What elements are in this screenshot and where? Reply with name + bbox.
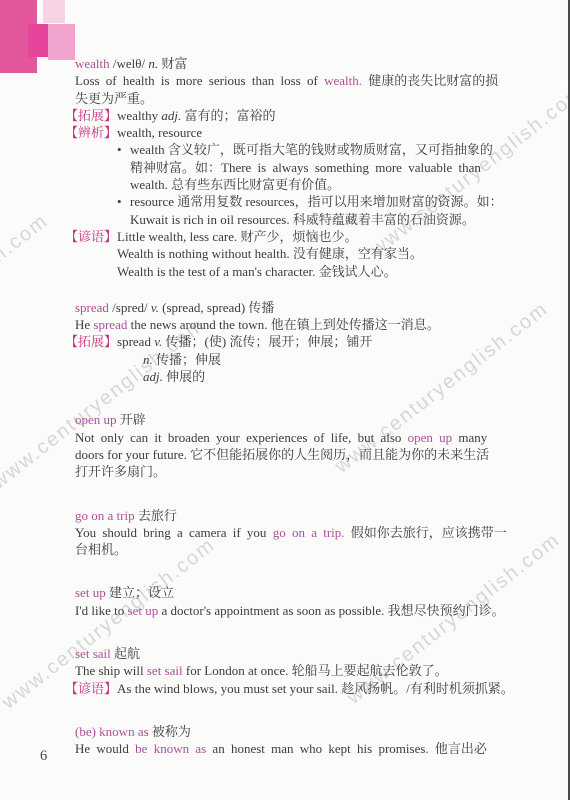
vocabulary-entries: wealth /welθ/ n. 财富Loss of health is mor…: [75, 55, 521, 758]
text-segment: 传播；(使) 流传；展开；伸展；铺开: [162, 334, 372, 349]
label-tag: 【辨析】: [65, 125, 117, 140]
text-line: 【谚语】As the wind blows, you must set your…: [75, 680, 521, 697]
text-segment: n.: [148, 56, 158, 71]
text-segment: 被称为: [149, 724, 191, 739]
text-line: Loss of health is more serious than loss…: [75, 72, 521, 89]
text-line: He spread the news around the town. 他在镇上…: [75, 316, 521, 333]
text-segment: a doctor's appointment as soon as possib…: [158, 603, 504, 618]
text-line: doors for your future. 它不但能拓展你的人生阅历，而且能为…: [75, 446, 521, 463]
text-segment: 富有的；富裕的: [181, 108, 275, 123]
text-line: 【辨析】wealth, resource: [75, 124, 521, 141]
text-line: 失更为严重。: [75, 90, 521, 107]
text-segment: an honest man who kept his promises. 他言出…: [206, 741, 487, 756]
text-segment: I'd like to: [75, 603, 128, 618]
deco-square-light: [48, 24, 75, 60]
text-segment: 财富: [158, 56, 187, 71]
text-segment: He: [75, 317, 93, 332]
text-segment: The ship will: [75, 663, 147, 678]
text-line: adj. 伸展的: [75, 368, 521, 385]
text-segment: Kuwait is rich in oil resources. 科威特蕴藏着丰…: [130, 212, 475, 227]
text-line: set sail 起航: [75, 645, 521, 662]
text-segment: adj.: [143, 369, 163, 384]
text-line: wealth. 总有些东西比财富更有价值。: [75, 176, 521, 193]
label-tag: 【谚语】: [65, 681, 117, 696]
text-segment: You should bring a camera if you: [75, 525, 273, 540]
text-segment: Not only can it broaden your experiences…: [75, 430, 408, 445]
text-segment: /spred/: [109, 300, 151, 315]
highlighted-word: go on a trip.: [273, 525, 345, 540]
text-segment: wealthy: [117, 108, 161, 123]
text-segment: 建立；设立: [106, 585, 174, 600]
highlighted-word: open up: [408, 430, 453, 445]
text-segment: Little wealth, less care. 财产少，烦恼也少。: [117, 229, 357, 244]
text-line: 精神财富。如：There is always something more va…: [75, 159, 521, 176]
text-line: 【拓展】spread v. 传播；(使) 流传；展开；伸展；铺开: [75, 333, 521, 350]
text-segment: Wealth is the test of a man's character.…: [117, 264, 397, 279]
textbook-page: www.centuryenglish.com www.centuryenglis…: [0, 0, 570, 800]
text-segment: many: [452, 430, 487, 445]
watermark: www.centuryenglish.com: [0, 210, 53, 391]
text-line: The ship will set sail for London at onc…: [75, 662, 521, 679]
vocab-entry: open up 开辟Not only can it broaden your e…: [75, 411, 521, 480]
text-segment: 伸展的: [163, 369, 205, 384]
text-segment: wealth. 总有些东西比财富更有价值。: [130, 177, 340, 192]
vocab-entry: set up 建立；设立I'd like to set up a doctor'…: [75, 584, 521, 619]
text-segment: (spread, spread) 传播: [159, 300, 275, 315]
text-line: (be) known as 被称为: [75, 723, 521, 740]
text-segment: adj.: [161, 108, 181, 123]
text-segment: resource 通常用复数 resources，指可以用来增加财富的资源。如：: [130, 194, 503, 209]
label-tag: 【拓展】: [65, 108, 117, 123]
highlighted-word: go on a trip: [75, 508, 135, 523]
highlighted-word: (be) known as: [75, 724, 149, 739]
text-segment: the news around the town. 他在镇上到处传播这一消息。: [127, 317, 439, 332]
text-line: n. 传播；伸展: [75, 351, 521, 368]
text-segment: for London at once. 轮船马上要起航去伦敦了。: [183, 663, 448, 678]
highlighted-word: open up: [75, 412, 117, 427]
text-segment: 假如你去旅行，应该携带一: [345, 525, 507, 540]
vocab-entry: (be) known as 被称为He would be known as an…: [75, 723, 521, 758]
text-segment: wealth, resource: [117, 125, 202, 140]
bullet-icon: •: [117, 193, 122, 210]
text-segment: wealth 含义较广，既可指大笔的钱财或物质财富，又可指抽象的: [130, 142, 493, 157]
label-tag: 【拓展】: [65, 334, 117, 349]
text-segment: 去旅行: [135, 508, 177, 523]
deco-square-pale: [43, 0, 65, 23]
highlighted-word: wealth.: [324, 73, 362, 88]
text-segment: v.: [151, 300, 159, 315]
page-number: 6: [40, 748, 47, 765]
text-line: go on a trip 去旅行: [75, 507, 521, 524]
text-segment: doors for your future. 它不但能拓展你的人生阅历，而且能为…: [75, 447, 489, 462]
highlighted-word: spread: [75, 300, 109, 315]
highlighted-word: spread: [93, 317, 127, 332]
text-line: 【谚语】Little wealth, less care. 财产少，烦恼也少。: [75, 228, 521, 245]
highlighted-word: set sail: [75, 646, 111, 661]
text-segment: 精神财富。如：There is always something more va…: [130, 160, 481, 175]
text-line: 【拓展】wealthy adj. 富有的；富裕的: [75, 107, 521, 124]
deco-square-bright: [28, 24, 48, 57]
text-segment: n.: [143, 352, 153, 367]
highlighted-word: be known as: [135, 741, 206, 756]
text-segment: 健康的丧失比财富的损: [362, 73, 498, 88]
text-line: •wealth 含义较广，既可指大笔的钱财或物质财富，又可指抽象的: [75, 141, 521, 158]
vocab-entry: set sail 起航The ship will set sail for Lo…: [75, 645, 521, 697]
text-line: Kuwait is rich in oil resources. 科威特蕴藏着丰…: [75, 211, 521, 228]
text-segment: 打开许多扇门。: [75, 464, 166, 479]
text-line: •resource 通常用复数 resources，指可以用来增加财富的资源。如…: [75, 193, 521, 210]
highlighted-word: set up: [75, 585, 106, 600]
vocab-entry: wealth /welθ/ n. 财富Loss of health is mor…: [75, 55, 521, 280]
text-segment: As the wind blows, you must set your sai…: [117, 681, 514, 696]
text-line: open up 开辟: [75, 411, 521, 428]
text-segment: 台相机。: [75, 542, 127, 557]
text-segment: He would: [75, 741, 135, 756]
text-line: You should bring a camera if you go on a…: [75, 524, 521, 541]
text-segment: 起航: [111, 646, 140, 661]
text-segment: spread: [117, 334, 154, 349]
text-line: Wealth is the test of a man's character.…: [75, 263, 521, 280]
label-tag: 【谚语】: [65, 229, 117, 244]
highlighted-word: set up: [128, 603, 159, 618]
text-line: He would be known as an honest man who k…: [75, 740, 521, 757]
text-line: Wealth is nothing without health. 没有健康，空…: [75, 245, 521, 262]
text-segment: Wealth is nothing without health. 没有健康，空…: [117, 246, 423, 261]
text-line: 台相机。: [75, 541, 521, 558]
bullet-icon: •: [117, 141, 122, 158]
text-line: wealth /welθ/ n. 财富: [75, 55, 521, 72]
vocab-entry: go on a trip 去旅行You should bring a camer…: [75, 507, 521, 559]
text-segment: 失更为严重。: [75, 91, 153, 106]
highlighted-word: set sail: [147, 663, 183, 678]
text-line: I'd like to set up a doctor's appointmen…: [75, 602, 521, 619]
decoration-squares: [0, 0, 120, 90]
text-line: 打开许多扇门。: [75, 463, 521, 480]
text-line: Not only can it broaden your experiences…: [75, 429, 521, 446]
text-segment: 传播；伸展: [153, 352, 221, 367]
vocab-entry: spread /spred/ v. (spread, spread) 传播He …: [75, 299, 521, 385]
text-line: set up 建立；设立: [75, 584, 521, 601]
text-segment: 开辟: [117, 412, 146, 427]
text-line: spread /spred/ v. (spread, spread) 传播: [75, 299, 521, 316]
